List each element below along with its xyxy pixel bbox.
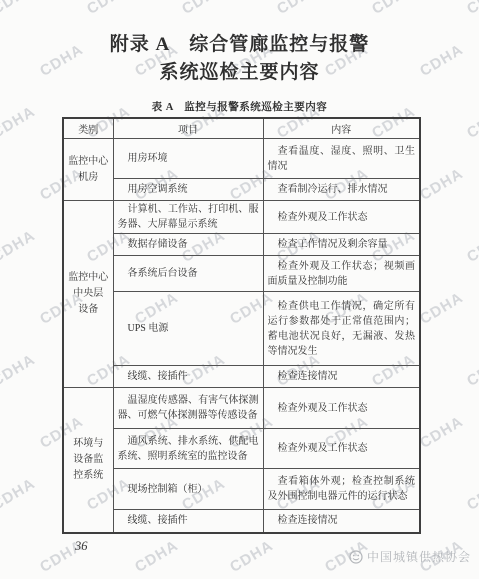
category-line: 监控中心	[68, 154, 109, 170]
page-title: 附录 A 综合管廊监控与报警 系统巡检主要内容	[0, 31, 479, 87]
table-row: UPS 电源 检查供电工作情况，确定所有运行参数都处于正常值范围内；蓄电池状况良…	[63, 292, 420, 366]
item-cell: 计算机、工作站、打印机、服务器、大屏幕显示系统	[113, 201, 263, 234]
content-text: 查看箱体外观；检查控制系统及外围控制电器元件的运行状态	[268, 474, 416, 504]
item-text: 计算机、工作站、打印机、服务器、大屏幕显示系统	[118, 202, 259, 232]
content-cell: 查看箱体外观；检查控制系统及外围控制电器元件的运行状态	[263, 469, 420, 510]
content-text: 检查连接情况	[268, 513, 416, 528]
content-cell: 检查外观及工作状态	[263, 201, 420, 234]
org-logo-icon	[349, 550, 363, 564]
content-text: 检查外观及工作状态	[268, 441, 416, 456]
content-text: 检查外观及工作状态	[268, 210, 416, 225]
item-cell: 用房环境	[113, 139, 263, 179]
category-line: 环境与	[68, 436, 109, 452]
column-header-category: 类别	[63, 118, 113, 139]
org-name: 中国城镇供热协会	[367, 548, 471, 565]
item-text: 现场控制箱（柜）	[118, 482, 259, 497]
content-text: 查看制冷运行、排水情况	[268, 182, 416, 197]
item-cell: 温湿度传感器、有害气体探测器、可燃气体探测器等传感设备	[113, 388, 263, 429]
category-cell-central-layer: 监控中心 中央层 设备	[63, 201, 113, 388]
content-cell: 检查外观及工作状态；视频画面质量及控制功能	[263, 256, 420, 292]
title-line-2: 系统巡检主要内容	[0, 59, 479, 87]
content-cell: 检查连接情况	[263, 510, 420, 533]
table-row: 监控中心 中央层 设备 计算机、工作站、打印机、服务器、大屏幕显示系统 检查外观…	[63, 201, 420, 234]
category-cell-control-room: 监控中心 机房	[63, 139, 113, 201]
content-cell: 检查工作情况及剩余容量	[263, 234, 420, 256]
content-cell: 检查供电工作情况，确定所有运行参数都处于正常值范围内；蓄电池状况良好，无漏液、发…	[263, 292, 420, 366]
document-page: CDHACDHACDHACDHACDHACDHACDHACDHACDHACDHA…	[0, 0, 479, 579]
inspection-table: 类别 项目 内容 监控中心 机房 用房环境 查看温度、湿度、照明、卫生情况 用房…	[62, 117, 421, 534]
item-cell: 线缆、接插件	[113, 510, 263, 533]
table-row: 数据存储设备 检查工作情况及剩余容量	[63, 234, 420, 256]
item-cell: 现场控制箱（柜）	[113, 469, 263, 510]
table-header-row: 类别 项目 内容	[63, 118, 420, 139]
content-text: 检查供电工作情况，确定所有运行参数都处于正常值范围内；蓄电池状况良好，无漏液、发…	[268, 299, 416, 359]
content-cell: 检查连接情况	[263, 366, 420, 388]
content-text: 检查连接情况	[268, 369, 416, 384]
content-text: 检查工作情况及剩余容量	[268, 237, 416, 252]
table-row: 环境与 设备监 控系统 温湿度传感器、有害气体探测器、可燃气体探测器等传感设备 …	[63, 388, 420, 429]
content-cell: 检查外观及工作状态	[263, 388, 420, 429]
page-content: 附录 A 综合管廊监控与报警 系统巡检主要内容 表 A 监控与报警系统巡检主要内…	[0, 0, 479, 579]
item-cell: UPS 电源	[113, 292, 263, 366]
item-text: 用房环境	[118, 151, 259, 166]
table-caption: 表 A 监控与报警系统巡检主要内容	[0, 99, 479, 114]
category-line: 设备	[68, 302, 109, 318]
content-text: 检查外观及工作状态	[268, 401, 416, 416]
page-number: 36	[75, 539, 88, 554]
table-row: 各系统后台设备 检查外观及工作状态；视频画面质量及控制功能	[63, 256, 420, 292]
item-text: 线缆、接插件	[118, 513, 259, 528]
column-header-item: 项目	[113, 118, 263, 139]
content-text: 检查外观及工作状态；视频画面质量及控制功能	[268, 259, 416, 289]
item-cell: 各系统后台设备	[113, 256, 263, 292]
item-cell: 数据存储设备	[113, 234, 263, 256]
category-line: 控系统	[68, 468, 109, 484]
column-header-content: 内容	[263, 118, 420, 139]
content-text: 查看温度、湿度、照明、卫生情况	[268, 144, 416, 174]
item-text: 数据存储设备	[118, 237, 259, 252]
item-text: 线缆、接插件	[118, 369, 259, 384]
item-cell: 通风系统、排水系统、供配电系统、照明系统室的监控设备	[113, 429, 263, 469]
item-text: 各系统后台设备	[118, 266, 259, 281]
category-line: 机房	[68, 170, 109, 186]
title-line-1: 附录 A 综合管廊监控与报警	[0, 31, 479, 59]
content-cell: 查看温度、湿度、照明、卫生情况	[263, 139, 420, 179]
category-line: 设备监	[68, 452, 109, 468]
table-row: 线缆、接插件 检查连接情况	[63, 510, 420, 533]
item-text: 温湿度传感器、有害气体探测器、可燃气体探测器等传感设备	[118, 393, 259, 423]
item-text: 通风系统、排水系统、供配电系统、照明系统室的监控设备	[118, 434, 259, 464]
table-row: 现场控制箱（柜） 查看箱体外观；检查控制系统及外围控制电器元件的运行状态	[63, 469, 420, 510]
category-line: 中央层	[68, 286, 109, 302]
category-line: 监控中心	[68, 270, 109, 286]
table-row: 用房空调系统 查看制冷运行、排水情况	[63, 179, 420, 201]
item-cell: 用房空调系统	[113, 179, 263, 201]
category-cell-environment-monitoring: 环境与 设备监 控系统	[63, 388, 113, 533]
footer-organization: 中国城镇供热协会	[349, 548, 471, 565]
content-cell: 查看制冷运行、排水情况	[263, 179, 420, 201]
item-text: UPS 电源	[118, 321, 259, 336]
content-cell: 检查外观及工作状态	[263, 429, 420, 469]
table-row: 监控中心 机房 用房环境 查看温度、湿度、照明、卫生情况	[63, 139, 420, 179]
item-text: 用房空调系统	[118, 182, 259, 197]
table-row: 通风系统、排水系统、供配电系统、照明系统室的监控设备 检查外观及工作状态	[63, 429, 420, 469]
table-row: 线缆、接插件 检查连接情况	[63, 366, 420, 388]
item-cell: 线缆、接插件	[113, 366, 263, 388]
